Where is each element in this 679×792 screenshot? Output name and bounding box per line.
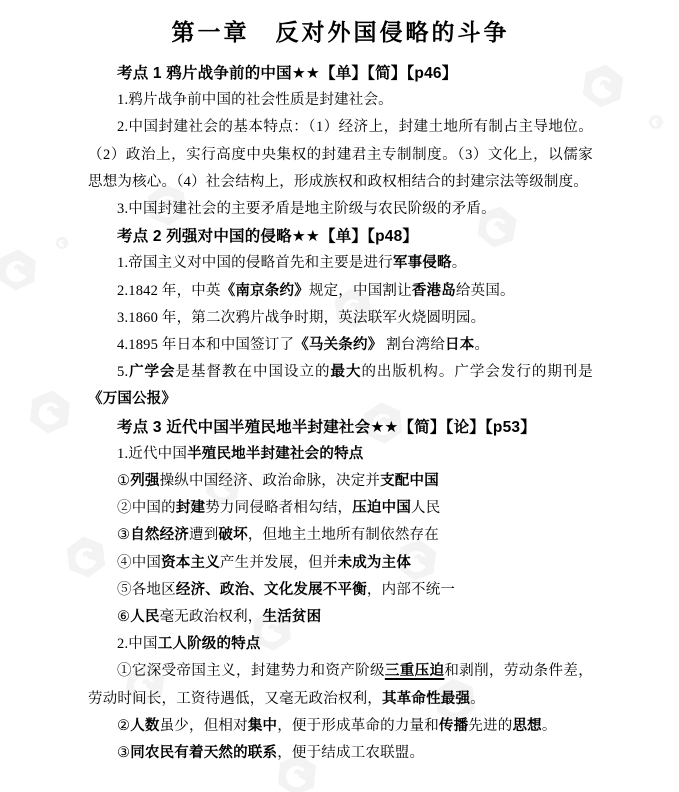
- text-segment: 工人阶级的特点: [158, 636, 261, 652]
- paragraph: ⑤各地区经济、政治、文化发展不平衡，内部不统一: [88, 577, 593, 604]
- section-heading: 考点 1 鸦片战争前的中国★★【单】【简】【p46】: [88, 60, 593, 87]
- text-segment: 同农民有着天然的联系: [130, 745, 277, 761]
- paragraph: ⑥人民毫无政治权利，生活贫困: [88, 604, 593, 631]
- text-segment: ⑤各地区: [117, 582, 176, 598]
- text-segment: 传播: [439, 718, 468, 734]
- text-segment: 破坏: [218, 527, 247, 543]
- text-segment: ②: [117, 718, 130, 734]
- text-segment: 支配中国: [380, 473, 439, 489]
- text-segment: 香港岛: [412, 283, 456, 299]
- paragraph: 4.1895 年日本和中国签订了《马关条约》 割台湾给日本。: [88, 332, 593, 359]
- text-segment: 2.中国: [117, 636, 158, 652]
- paragraph: ③同农民有着天然的联系，便于结成工农联盟。: [88, 740, 593, 767]
- cloud-hexagon-watermark-icon: [25, 387, 76, 438]
- text-segment: 资本主义: [161, 555, 220, 571]
- text-segment: 《马关条约》: [294, 337, 382, 353]
- section-heading: 考点 2 列强对中国的侵略★★【单】【p48】: [88, 223, 593, 250]
- text-segment: ，便于形成革命的力量和: [277, 718, 439, 734]
- text-segment: 半殖民地半封建社会的特点: [187, 446, 363, 462]
- text-segment: 5.: [117, 364, 128, 380]
- paragraph: 1.近代中国半殖民地半封建社会的特点: [88, 441, 593, 468]
- text-segment: 3.中国封建社会的主要矛盾是地主阶级与农民阶级的矛盾。: [117, 201, 496, 217]
- text-segment: 最大: [330, 364, 361, 380]
- text-segment: 人民: [130, 609, 159, 625]
- text-segment: ③: [117, 527, 130, 543]
- text-segment: 。: [452, 255, 467, 271]
- paragraph: ②中国的封建势力同侵略者相勾结，压迫中国人民: [88, 495, 593, 522]
- text-segment: 1.帝国主义对中国的侵略首先和主要是进行: [117, 255, 393, 271]
- text-segment: 毫无政治权利，: [160, 609, 263, 625]
- chapter-title: 第一章 反对外国侵略的斗争: [88, 16, 593, 50]
- text-segment: 封建: [176, 500, 205, 516]
- text-segment: ④中国: [117, 555, 161, 571]
- cloud-hexagon-watermark-icon: [0, 247, 40, 294]
- text-segment: 人数: [130, 718, 159, 734]
- paragraph: ①列强操纵中国经济、政治命脉，决定并支配中国: [88, 468, 593, 495]
- paragraph: 1.鸦片战争前中国的社会性质是封建社会。: [88, 87, 593, 114]
- text-segment: 4.1895 年日本和中国签订了: [117, 337, 294, 353]
- text-segment: ①: [117, 473, 130, 489]
- text-segment: 给英国。: [456, 283, 515, 299]
- document-body: 第一章 反对外国侵略的斗争考点 1 鸦片战争前的中国★★【单】【简】【p46】1…: [88, 12, 593, 767]
- text-segment: 考点 3 近代中国半殖民地半封建社会★★【简】【论】【p53】: [117, 419, 536, 436]
- text-segment: 未成为主体: [338, 555, 412, 571]
- text-segment: 第一章 反对外国侵略的斗争: [172, 19, 510, 46]
- text-segment: 割台湾给: [382, 337, 445, 353]
- paragraph: 3.中国封建社会的主要矛盾是地主阶级与农民阶级的矛盾。: [88, 196, 593, 223]
- document-page: 第一章 反对外国侵略的斗争考点 1 鸦片战争前的中国★★【单】【简】【p46】1…: [0, 0, 679, 792]
- text-segment: 2.1842 年，中英: [117, 283, 221, 299]
- paragraph: 2.1842 年，中英《南京条约》规定，中国割让香港岛给英国。: [88, 278, 593, 305]
- cloud-hexagon-watermark-icon: [645, 111, 667, 133]
- text-segment: ⑥: [117, 609, 130, 625]
- text-segment: 势力同侵略者相勾结，: [205, 500, 352, 516]
- paragraph: ②人数虽少，但相对集中，便于形成革命的力量和传播先进的思想。: [88, 713, 593, 740]
- text-segment: 日本: [445, 337, 474, 353]
- text-segment: ，但地主土地所有制依然存在: [248, 527, 439, 543]
- text-segment: 人民: [411, 500, 440, 516]
- paragraph: 3.1860 年，第二次鸦片战争时期，英法联军火烧圆明园。: [88, 305, 593, 332]
- text-segment: 。: [542, 718, 557, 734]
- text-segment: 3.1860 年，第二次鸦片战争时期，英法联军火烧圆明园。: [117, 310, 485, 326]
- text-segment: ②中国的: [117, 500, 176, 516]
- text-segment: ①它深受帝国主义，封建势力和资产阶级: [117, 663, 385, 679]
- text-segment: 《万国公报》: [88, 391, 176, 407]
- text-segment: 先进的: [468, 718, 512, 734]
- text-segment: 虽少，但相对: [160, 718, 248, 734]
- text-segment: 规定，中国割让: [309, 283, 412, 299]
- paragraph: 5.广学会是基督教在中国设立的最大的出版机构。广学会发行的期刊是《万国公报》: [88, 359, 593, 413]
- section-heading: 考点 3 近代中国半殖民地半封建社会★★【简】【论】【p53】: [88, 414, 593, 441]
- text-segment: 遭到: [189, 527, 218, 543]
- text-segment: 三重压迫: [385, 663, 445, 679]
- text-segment: 1.近代中国: [117, 446, 187, 462]
- text-segment: 生活贫困: [263, 609, 322, 625]
- text-segment: 2.中国封建社会的基本特点：（1）经济上，封建土地所有制占主导地位。（2）政治上…: [88, 119, 593, 189]
- text-segment: 列强: [130, 473, 159, 489]
- text-segment: 的出版机构。广学会发行的期刊是: [361, 364, 593, 380]
- text-segment: 1.鸦片战争前中国的社会性质是封建社会。: [117, 92, 393, 108]
- text-segment: 是基督教在中国设立的: [176, 364, 331, 380]
- text-segment: 《南京条约》: [221, 283, 309, 299]
- text-segment: 产生并发展，但并: [220, 555, 338, 571]
- text-segment: 。: [470, 691, 485, 707]
- text-segment: 广学会: [128, 364, 175, 380]
- paragraph: 2.中国工人阶级的特点: [88, 631, 593, 658]
- cloud-hexagon-watermark-icon: [53, 234, 71, 252]
- paragraph: 2.中国封建社会的基本特点：（1）经济上，封建土地所有制占主导地位。（2）政治上…: [88, 114, 593, 196]
- text-segment: 经济、政治、文化发展不平衡: [176, 582, 367, 598]
- text-segment: 考点 1 鸦片战争前的中国★★【单】【简】【p46】: [117, 65, 457, 82]
- paragraph: ③自然经济遭到破坏，但地主土地所有制依然存在: [88, 522, 593, 549]
- text-segment: 军事侵略: [393, 255, 452, 271]
- text-segment: ，便于结成工农联盟。: [277, 745, 424, 761]
- paragraph: 1.帝国主义对中国的侵略首先和主要是进行军事侵略。: [88, 250, 593, 277]
- text-segment: 压迫中国: [352, 500, 411, 516]
- text-segment: 自然经济: [130, 527, 189, 543]
- text-segment: 操纵中国经济、政治命脉，决定并: [160, 473, 381, 489]
- text-segment: 集中: [248, 718, 277, 734]
- text-segment: 思想: [512, 718, 541, 734]
- text-segment: 其革命性最强: [382, 691, 470, 707]
- paragraph: ④中国资本主义产生并发展，但并未成为主体: [88, 550, 593, 577]
- text-segment: 。: [474, 337, 489, 353]
- text-segment: ③: [117, 745, 130, 761]
- paragraph: ①它深受帝国主义，封建势力和资产阶级三重压迫和剥削，劳动条件差，劳动时间长，工资…: [88, 658, 593, 712]
- text-segment: 考点 2 列强对中国的侵略★★【单】【p48】: [117, 228, 418, 245]
- text-segment: ，内部不统一: [367, 582, 455, 598]
